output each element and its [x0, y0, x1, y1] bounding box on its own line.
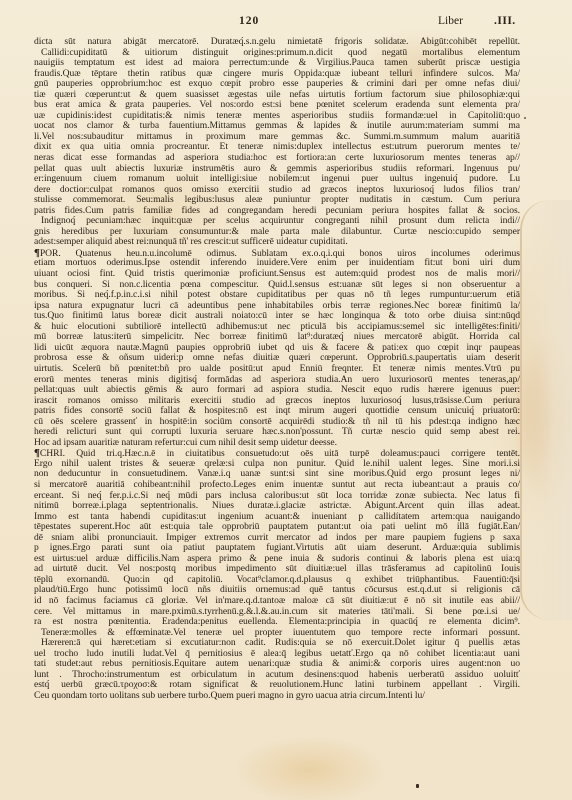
- text-line: erceant. Si neq́ fer.p.i.c.Si neq́ mūdi …: [34, 491, 520, 502]
- text-line: ¶CHRI. Quid tri.q.Hæc.n.ē in ciuitatibus…: [34, 448, 520, 459]
- text-line: neras dicat esse formandas ad asperiora …: [34, 153, 520, 164]
- text-line: pellat quas uult abiectis luxuriæ instru…: [34, 164, 520, 175]
- text-line: ipsa natura expugnatur lucri cā adeuntib…: [34, 301, 520, 312]
- text-line: non deducuntur in consuetudinem. Vanæ.i.…: [34, 469, 520, 480]
- text-line: lunt . Throcho:instrumentum est orbicula…: [34, 670, 520, 681]
- text-line: moribus. Si neq́.f.p.in.c.i.si nihil pot…: [34, 290, 520, 301]
- text-line: Indignoq́ pecuniam:hæc inquit:quæ per sc…: [34, 216, 520, 227]
- text-line: irascit romanos omisso militaris exercit…: [34, 396, 520, 407]
- text-line: estq́ uerbū græcū.τροχοσ:& rotam signifi…: [34, 680, 520, 691]
- text-line: patris fides consortē sociū fallat & hos…: [34, 406, 520, 417]
- text-line: uirtutis. Scelerū bñ pœnitet:bñ pro uald…: [34, 364, 520, 375]
- text-line: dē sniam alibi pronunciauit. Impiger ext…: [34, 533, 520, 544]
- text-line: uel trocho ludo inutili ludat.Vel q̄ per…: [34, 649, 520, 660]
- text-line: mū borreæ latus:iterū simpelicitr. Nec b…: [34, 332, 520, 343]
- ink-speck: [524, 117, 526, 119]
- book-number: .III.: [494, 15, 516, 27]
- running-header: 120 Liber .III.: [34, 15, 534, 31]
- text-line: ad uirtutē ducit. Vel nos:postq moribus …: [34, 564, 520, 575]
- text-line: patris fides.Cum patris familiæ fides ad…: [34, 206, 520, 217]
- folio-number: 120: [239, 15, 259, 27]
- text-line: Callidi:cupiditatū & uitiorum distinguit…: [34, 48, 520, 59]
- text-line: bus conqueri. Si non.c.licentia pœna com…: [34, 280, 520, 291]
- text-line: fraudis.Quæ tēptare thetin ratibus quæ c…: [34, 69, 520, 80]
- text-line: er:ingenuum ciuem romanum uoluit intelli…: [34, 174, 520, 185]
- text-line: Ergo nihil ualent tristes & seueræ qrelæ…: [34, 459, 520, 470]
- text-line: tēplū exornandū. Quo:in qd capitoliū. Vo…: [34, 575, 520, 586]
- text-line: tēpestates superent.Hoc aūt est:quia tal…: [34, 522, 520, 533]
- text-line: cere. Vel mittamus in mare.pximū.s.tyrrh…: [34, 607, 520, 618]
- text-line: tus.Quo finitimū latus boreæ dicit austr…: [34, 311, 520, 322]
- text-line: nitimū borreæ.i.plaga septentrionalis. N…: [34, 501, 520, 512]
- text-line: cū oēs scelere grassenť in hospitē:in so…: [34, 417, 520, 428]
- text-line: adest:semper aliquid abest rei:nunquā tñ…: [34, 237, 520, 248]
- paragraph-mark-icon: ¶: [34, 448, 40, 459]
- text-line: gnis heredibus per luxuriam consumuntur:…: [34, 227, 520, 238]
- text-line: uocat nos clamor & turba fauentium.Mitta…: [34, 121, 520, 132]
- text-line: probrosa esse & oñsum uideri:p omne nefa…: [34, 353, 520, 364]
- commentary-text-block: dicta sūt natura abigāt mercatorē. Durat…: [34, 37, 520, 701]
- text-line: gnū pauperies opprobrium:hoc est exquo c…: [34, 79, 520, 90]
- text-line: dixit ex qua uitia omnia procreantur. Et…: [34, 142, 520, 153]
- text-line: erorū mentes teneras minis digitisq́ for…: [34, 375, 520, 386]
- text-line: nauigiis temptatum est idest ad maiora p…: [34, 58, 520, 69]
- text-line: tati studet:aut rebus pernitiosis.Equita…: [34, 659, 520, 670]
- text-line: ra est nostra pœnitentia. Eradenda:penit…: [34, 617, 520, 628]
- text-line: li.Vel nos:subauditur mittamus in proxim…: [34, 132, 520, 143]
- text-line: Immo est tanta habendi cupiditas:ut inge…: [34, 512, 520, 523]
- text-line: Ceu quondam torto uolitans sub uerbere t…: [34, 691, 520, 702]
- text-line: stulisse commemorat. Seu:malis legibus:l…: [34, 195, 520, 206]
- text-line: dere doctior:culpat romanos quos omisso …: [34, 185, 520, 196]
- text-line: Hæreren:ā qui hæret:etiam si excutiatur:…: [34, 638, 520, 649]
- text-line: uiuant ociosi fint. Quid tristis querimo…: [34, 269, 520, 280]
- text-line: tiæ quæri cœperunt:ut & quem suasisset æ…: [34, 90, 520, 101]
- text-line: etiam mortuos oderimus.Ipse ostendit inf…: [34, 258, 520, 269]
- running-title: Liber: [438, 15, 463, 27]
- text-line: lidi uicūt æquora nautæ.Magnū paupies op…: [34, 343, 520, 354]
- text-line: Hoc ad ipsam auaritiæ naturam refertur:c…: [34, 438, 520, 449]
- text-line: Teneræ:molles & effœminatæ.Vel teneræ ue…: [34, 628, 520, 639]
- paragraph-mark-icon: ¶: [34, 248, 40, 259]
- text-line: ¶POR. Quatenus heu.n.u.incolumē odimus. …: [34, 248, 520, 259]
- text-line: p ignes.Ergo parati sunt oia patiut paup…: [34, 543, 520, 554]
- text-line: dicta sūt natura abigāt mercatorē. Durat…: [34, 37, 520, 48]
- text-line: id nō facimus faciamus cā gloriæ. Vel in…: [34, 596, 520, 607]
- water-stain: [520, 200, 572, 620]
- text-line: plaud/tiū.Ergo hunc potissimū locū nñs d…: [34, 585, 520, 596]
- signature-mark: [416, 784, 419, 788]
- text-line: bus erat amica & grata pauperies. Vel no…: [34, 100, 520, 111]
- text-line: & huic elocutioni subtiliorē intellectū …: [34, 322, 520, 333]
- text-line: est uirtus:uel arduæ difficilis.Nam aspe…: [34, 554, 520, 565]
- text-line: uæ cupidinis:idest cupiditatis:& nimis t…: [34, 111, 520, 122]
- text-line: pellat:quas uult abiectis gēmis & auro f…: [34, 385, 520, 396]
- text-line: si mercatorē auaritiā cohibeant:nihil pr…: [34, 480, 520, 491]
- text-line: heredi relicturi sunt qui corrupti luxur…: [34, 427, 520, 438]
